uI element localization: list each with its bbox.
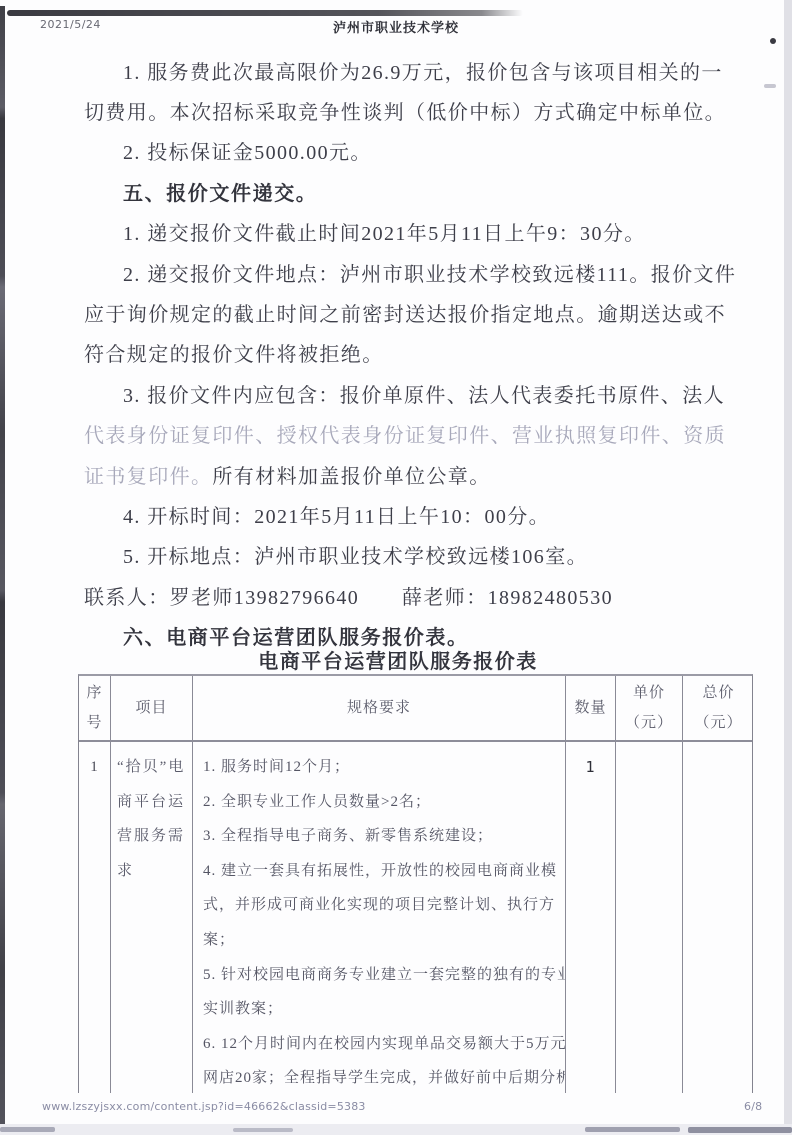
table-header-total: 总价 （元） <box>683 676 753 740</box>
table-cell-spec: 1. 服务时间12个月；2. 全职专业工作人员数量>2名；3. 全程指导电子商务… <box>193 742 566 1093</box>
scan-artifact-left-edge <box>0 6 5 1130</box>
document-text-line: 切费用。本次招标采取竞争性谈判（低价中标）方式确定中标单位。 <box>84 90 724 130</box>
scan-artifact-dash <box>233 1128 293 1132</box>
scan-artifact-dash <box>0 1127 55 1132</box>
footer-url: www.lzszyjsxx.com/content.jsp?id=46662&c… <box>42 1100 366 1113</box>
header-school-name: 泸州市职业技术学校 <box>0 17 792 36</box>
document-text-line: 4. 开标时间：2021年5月11日上午10：00分。 <box>84 494 724 534</box>
scanned-document-page: 2021/5/24 泸州市职业技术学校 1. 服务费此次最高限价为26.9万元，… <box>0 0 792 1135</box>
spec-requirement-line: 3. 全程指导电子商务、新零售系统建设； <box>193 819 565 854</box>
spec-requirement-line: 式，并形成可商业化实现的项目完整计划、执行方 <box>193 888 565 923</box>
table-header-row: 序号项目规格要求数量单价 （元）总价 （元） <box>79 676 753 742</box>
spec-requirement-line: 实训教案； <box>193 992 565 1027</box>
document-text-line: 2. 递交报价文件地点：泸州市职业技术学校致远楼111。报价文件 <box>84 252 724 292</box>
scan-artifact-top-streak <box>7 10 523 16</box>
table-title: 电商平台运营团队服务报价表 <box>78 645 718 674</box>
spec-requirement-line: 4. 建立一套具有拓展性，开放性的校园电商商业模 <box>193 854 565 889</box>
scan-artifact-dash <box>688 1127 792 1133</box>
scan-artifact-dot <box>770 38 776 44</box>
table-cell-item: “拾贝”电商平台运营服务需求 <box>111 742 193 1093</box>
footer-page-indicator: 6/8 <box>744 1100 762 1113</box>
table-cell-no: 1 <box>79 742 111 1093</box>
table-header-qty: 数量 <box>566 676 616 740</box>
document-text-line: 2. 投标保证金5000.00元。 <box>84 131 724 171</box>
document-text-line: 3. 报价文件内应包含：报价单原件、法人代表委托书原件、法人 <box>84 373 724 413</box>
document-text-line: 代表身份证复印件、授权代表身份证复印件、营业执照复印件、资质 <box>84 414 724 454</box>
table-cell-unit <box>616 742 683 1093</box>
scan-artifact-bottom-band <box>0 1124 792 1135</box>
spec-requirement-line: 网店20家；全程指导学生完成，并做好前中后期分析 <box>193 1061 565 1093</box>
spec-requirement-line: 6. 12个月时间内在校园内实现单品交易额大于5万元的 <box>193 1027 565 1062</box>
document-text-line: 符合规定的报价文件将被拒绝。 <box>84 333 724 373</box>
document-text-line: 5. 开标地点：泸州市职业技术学校致远楼106室。 <box>84 535 724 575</box>
spec-requirement-line: 1. 服务时间12个月； <box>193 750 565 785</box>
table-row: 1“拾贝”电商平台运营服务需求1. 服务时间12个月；2. 全职专业工作人员数量… <box>79 742 753 1093</box>
document-text-line: 1. 服务费此次最高限价为26.9万元，报价包含与该项目相关的一 <box>84 50 724 90</box>
table-cell-qty: 1 <box>566 742 616 1093</box>
document-text-line: 应于询价规定的截止时间之前密封送达报价指定地点。逾期送达或不 <box>84 292 724 332</box>
document-text-line: 五、报价文件递交。 <box>84 171 724 211</box>
quotation-table: 序号项目规格要求数量单价 （元）总价 （元）1“拾贝”电商平台运营服务需求1. … <box>78 674 753 1093</box>
table-header-spec: 规格要求 <box>193 676 566 740</box>
document-text-line: 联系人：罗老师13982796640 薛老师：18982480530 <box>84 575 724 615</box>
spec-requirement-line: 案； <box>193 923 565 958</box>
scan-artifact-right-band <box>784 0 792 1135</box>
document-text-line: 1. 递交报价文件截止时间2021年5月11日上午9：30分。 <box>84 212 724 252</box>
document-text-line: 证书复印件。所有材料加盖报价单位公章。 <box>84 454 724 494</box>
scan-artifact-smudge <box>764 84 776 88</box>
table-header-no: 序号 <box>79 676 111 740</box>
table-cell-total <box>683 742 753 1093</box>
scan-artifact-dash <box>585 1127 680 1132</box>
document-body: 1. 服务费此次最高限价为26.9万元，报价包含与该项目相关的一切费用。本次招标… <box>84 50 724 656</box>
table-header-item: 项目 <box>111 676 193 740</box>
spec-requirement-line: 2. 全职专业工作人员数量>2名； <box>193 785 565 820</box>
table-header-unit: 单价 （元） <box>616 676 683 740</box>
spec-requirement-line: 5. 针对校园电商商务专业建立一套完整的独有的专业 <box>193 958 565 993</box>
